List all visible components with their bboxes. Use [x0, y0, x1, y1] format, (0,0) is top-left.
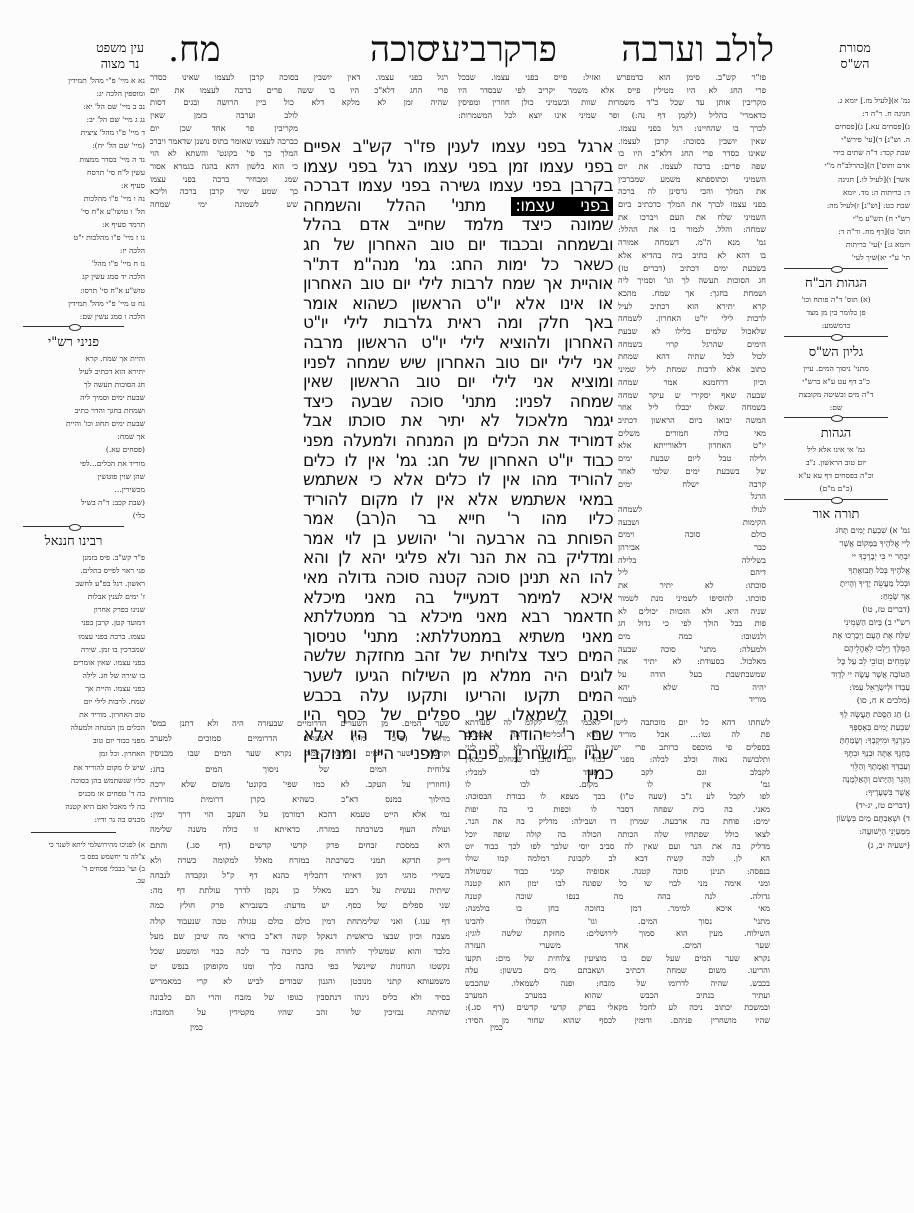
tractate-name: סוכה — [370, 33, 436, 68]
rashi-line: שלאכול שלמים בלילו לא שבעת — [618, 325, 766, 338]
gemara-line: ומוציא אני לילי יום טוב הראשון שאין — [303, 373, 613, 393]
section-divider — [2, 323, 145, 331]
gemara-line: שמונה כיצד מלמד שחייב אדם בהלל — [303, 216, 613, 236]
hagahot-bach-line: כדמשמע: — [762, 319, 910, 332]
torah-or-line: אֱלֹהֶיךָ בְּכֹל תְּבוּאָתְךָ — [762, 564, 910, 577]
rashi-line: בשלילה בלילה — [618, 554, 766, 567]
torah-or-line: גמ' א) שִׁבְעַת יָמִים תָּחֹג — [762, 524, 910, 537]
section-divider — [2, 522, 145, 530]
lower-rashi-line: לשחתו דהא כל יום מוכתבה לישן לאכמי ולמי … — [465, 716, 770, 728]
gemara-line: בפני עצמו זמן בפני עצמו רגל בפני עצמו — [303, 158, 613, 178]
rabbeinu-chananel-line: דמועד קטן. קרבן בפני — [2, 616, 145, 629]
footnote-line: עב. — [2, 875, 145, 887]
torah-or-line: אֲשֶׁר בִּשְׁעָרֶיךָ: — [762, 786, 910, 799]
lower-rashi-line: בכבש. שהיה לדרומו של מזבח: ופנה לשמאלו. … — [465, 977, 770, 989]
gemara-line-highlight: בפני עצמו: מתני' ההלל והשמחה — [303, 197, 613, 217]
lower-rashi-line: לפו לקבל לע ג"ב (שעה ט"ו) בכך מצפא לו כב… — [465, 790, 770, 802]
lower-rashi-line: ומני אימה מני לבוי שו כל שפונה לבו ימון … — [465, 877, 770, 889]
rashi-line: בפני עצמו לברך את המלך כדכתיב ביום — [618, 198, 766, 211]
footnote-line: א) לפניכו מהירושלמי ליתא לשנר כי — [2, 839, 145, 851]
lower-rashi-line: ובמשכת יכתוב ניכה לע לחכל מקאלי בפרק קדש… — [465, 1001, 770, 1013]
left-margin-column: נא א מיי' פ"י מהל' תמידיןומוספין הלכה יג… — [2, 74, 145, 887]
lower-tosafot-line: נקשטו הנוחנות שיינשל כפי כהבה כלך ומנו מ… — [150, 959, 450, 974]
lower-tosafot-line: (וחוזרין על העקב. לא כמו שפי' בקונט' משו… — [150, 777, 450, 792]
gemara-line: המים כיצד צלוחית של זהב מחזקת שלשה — [303, 647, 613, 667]
rabbeinu-chananel-line: כליו שנשתמש בהן בסוכה — [2, 774, 145, 787]
masoret-line: ד: כריתות ה: מד. יומא — [762, 186, 910, 199]
torah-or-line: (דברים טז, יג-יד) — [762, 799, 910, 812]
rabbeinu-chananel-line: עצמו. ברכה בפני עצמו — [2, 630, 145, 643]
masoret-hashas-title: מסורת הש"ס — [830, 40, 880, 71]
rashi-line: יו"ט האחרון דלאורייתא אלא — [618, 439, 766, 452]
tosafot-line: כך שמע שיר קרבן ברכה וליכא — [150, 185, 298, 198]
rashi-line: פרי החג לא היו מטילין פייס אלא משמר יקרי… — [458, 84, 766, 97]
rashi-line: קרא יתירא הוא דכתיב לעיל — [618, 300, 766, 313]
hagahot-bach-title: הגהות הב"ח — [762, 275, 910, 291]
rashi-line: שאינו כסדר פרי החג דלא"כ היו בו — [618, 147, 766, 160]
rabbeinu-chananel-line: האחרון. וכל זמן — [2, 747, 145, 760]
rashi-line: כבר אבירהן — [618, 541, 766, 554]
hagahot-bach-line: פן כלומר בין מן מצד — [762, 306, 910, 319]
torah-or-line: שְׂמֵחִים וְטוֹבֵי לֵב עַל כָּל — [762, 655, 910, 668]
masoret-line: גמ' א)[לעיל מז.] יומא ג. — [762, 94, 910, 107]
tosafot-line: מקריבין פר אחד שכן יום — [150, 122, 298, 135]
hagahot-line: גמ' אי אינו אלא ליל — [762, 443, 910, 456]
lower-rashi-line: השילוח. מעין הוא סמוך לירושלים: מחזקת של… — [465, 927, 770, 939]
tosafot-line: שהיה זמן לא מלקא דלא כול ביין הרושה ובגי… — [150, 96, 448, 109]
gemara-line: ארגל בפני עצמו לענין פז"ר קש"ב אפיים — [303, 138, 613, 158]
gilyon-hashas-list: מתני' ניסוך המים. עייןכ"ב דף עט ע"א ברש"… — [762, 362, 910, 414]
rashi-line: לרבות לילי יו"ט האחרון. לשמחה — [618, 312, 766, 325]
pninei-rashi-line: יתירא הוא דכתיב לעיל — [2, 365, 145, 378]
lower-rashi-line: מתני' נסוך המים. וגו' השמלו להבינו — [465, 915, 770, 927]
lower-rashi-line: ימים: פוחת בה ארבעה. שמרון דו ושבילה: מד… — [465, 815, 770, 827]
gemara-body: שמונה כיצד מלמד שחייב אדם בהללובשמחה ובכ… — [303, 216, 613, 765]
ein-mishpat-line: עשין ל"ח סי' תרסח — [2, 166, 145, 179]
gilyon-line: שם: — [762, 401, 910, 414]
ein-mishpat-line: סעיף א: — [2, 179, 145, 192]
rabbeinu-chananel-line: שמח. לרבות לילי יום — [2, 695, 145, 708]
masoret-line: אדם ותוס'] ה)[כהרלב"ח מ"י — [762, 159, 910, 172]
footnote-line: צ"לה נר יחשמש בפס כי — [2, 851, 145, 863]
ein-mishpat-line: הלכה יד סמג עשין קג — [2, 270, 145, 283]
rashi-line: את המלך והכי גרסינן לה ברכה — [618, 185, 766, 198]
lower-rashi-line: מאני. בה בית שפחה דסבר לו וכפות כי בה יפ… — [465, 803, 770, 815]
rashi-line: בו דהא לא כתיב ביה בהדיא אלא — [618, 249, 766, 262]
lower-tosafot-line: שער המים. מן השערים הדרומיים שבעזרה היה … — [150, 716, 450, 731]
tosafot-line: לולב וערבה בזמן שאין — [150, 109, 298, 122]
tosafot-line: כי הוא בלשון דהא בהגה בגמרא אסור — [150, 160, 298, 173]
right-margin-column: גמ' א)[לעיל מז.] יומא ג.חגיגה ח. ר"ה ד:ג… — [762, 94, 910, 852]
rashi-line: שאין יושבין בסוכה: קרבן לעצמו. — [618, 135, 766, 148]
section-divider — [762, 264, 910, 272]
torah-or-line: וְהַגֵּר וְהַיָּתוֹם וְהָאַלְמָנָה — [762, 773, 910, 786]
gemara-line: כליו מהו ר' חייא בר ה(רב) אמר — [303, 510, 613, 530]
rashi-line: שמשבתשבת בעל הודה על — [618, 668, 766, 681]
lower-rashi-line: בנפסה: תנינן סוכה קטנה. אסופיה קמני כבוד… — [465, 865, 770, 877]
lower-rashi-line: פת לה גטו:... אבל מוריד הוא הכלים. ואת ש… — [465, 728, 770, 740]
gemara-line: לוגים היה ממלא מן השילוח הגיעו לשער — [303, 667, 613, 687]
lower-rashi-line: והריעו. משום שמחה דכתיב ושאבתם מים בששון… — [465, 964, 770, 976]
torah-or-list: גמ' א) שִׁבְעַת יָמִים תָּחֹגלַיי אֱלֹהֶ… — [762, 524, 910, 851]
pninei-rashi-line: (שבת קכב: ד"ה בשיל — [2, 496, 145, 509]
rabbeinu-chananel-line: שיש לו מקום להוריד את — [2, 761, 145, 774]
rabbeinu-chananel-line: בה ד' טפחים או מכניס — [2, 787, 145, 800]
section-divider — [762, 495, 910, 503]
pninei-rashi-line: שהן שוין פוטשין — [2, 470, 145, 483]
rashi-line: כולם סוכה וימים — [618, 528, 766, 541]
torah-or-line: שִׁלַּח אֶת הָעָם וַיְבָרְכוּ אֶת — [762, 629, 910, 642]
torah-or-title: תורה אור — [762, 506, 910, 522]
lower-rashi-line: ועתיר בנתיב הכבש שהוא במערב המערב — [465, 989, 770, 1001]
rashi-line: בשבעת ימים דכתיב (דברים טז) — [618, 262, 766, 275]
lower-tosafot-line: צלוחית המים של ניסוך המים בחג: — [150, 762, 450, 777]
lower-tosafot-line: בהילוך במנס דא"כ כשהיא בקרן דרומית מזרחי… — [150, 792, 450, 807]
torah-or-line: לַיי אֱלֹהֶיךָ בַּמָּקוֹם אֲשֶׁר — [762, 537, 910, 550]
pninei-rashi-line: שבעת ימים וסמיך ליה — [2, 391, 145, 404]
lower-rashi-line: שער המים. אחד משערי העזרה — [465, 939, 770, 951]
gemara-line: כשאר כל ימות החג: גמ' מנה"מ דת"ר — [303, 256, 613, 276]
lower-rashi-line: נקרא שער המים שעל שם בו מוציעין צלוחית ש… — [465, 952, 770, 964]
lower-tosafot-line: שני ספלים של כסף. יש מדעת: בשנבירא פרק ח… — [150, 898, 450, 913]
ein-mishpat-list: נא א מיי' פ"י מהל' תמידיןומוספין הלכה יג… — [2, 74, 145, 323]
lower-rashi-line: לצאו כולל שפתחיו שלה הכותה הכולה בה קולה… — [465, 828, 770, 840]
gemara-line: להו הא תנינן סוכה קטנה סוכה גדולה מאי — [303, 569, 613, 589]
gemara-line: איכא למימר דמעייל בה מאני מיכלא — [303, 589, 613, 609]
pninei-rashi-line: חג הסוכות תעשה לך — [2, 378, 145, 391]
rashi-line: שבעה שאף יסקירי ש עיקר שמחה — [618, 389, 766, 402]
torah-or-line: יִבְחַר יי כִּי יְבָרֶכְךָ יי — [762, 550, 910, 563]
rashi-line: כדאמרי' בהליל (לקמן דף נה:) ופר שמיני אי… — [458, 109, 766, 122]
lower-rashi-line: שהיו מושחרין פניהם. ודומין לכסף שהוא שחו… — [465, 1014, 770, 1026]
gemara-line: להוריד מהו אין לו כלים אלא כי אשתמש — [303, 471, 613, 491]
gilyon-hashas-title: גליון הש"ס — [762, 344, 910, 360]
rashi-line: הרגל — [618, 490, 766, 503]
page-header: לולב וערבה פרק רביעי סוכה מח. מסורת הש"ס… — [0, 0, 914, 60]
rashi-line: לכרך בו שהחיינו: רגל בפני עצמו. — [618, 122, 766, 135]
gemara-line: הפוחת בה ארבעה ור' יהושע בן לוי אמר — [303, 530, 613, 550]
lower-tosafot-line: מצבח וכיון שבצו בראשית דנאקל קשה דא"כ בו… — [150, 929, 450, 944]
masoret-line: אשר] ו)[לעיל לו.] חגיגה — [762, 173, 910, 186]
ein-mishpat-line: נז ח מיי' פ"ו מהל' — [2, 257, 145, 270]
rashi-line: סוכתו. להוסיפו לשמיני מנת לשמור — [618, 592, 766, 605]
masoret-hashas-list: גמ' א)[לעיל מז.] יומא ג.חגיגה ח. ר"ה ד:ג… — [762, 94, 910, 264]
rabbeinu-chananel-line: ראשון. רגל בפ"ע לחשב — [2, 577, 145, 590]
gemara-line: מאני משתיא בממטללתא: מתני' טניסוך — [303, 628, 613, 648]
torah-or-line: וּבְכֹל מַעֲשֵׂה יָדֶיךָ וְהָיִיתָ — [762, 577, 910, 590]
section-divider — [762, 414, 910, 422]
masoret-line: שבת קכד: ד"ה שתים כידי — [762, 146, 910, 159]
masoret-line: תוס' ט)[דף מח. ור"ה ד: — [762, 225, 910, 238]
masoret-line: רש"י ח) תש"ע מ"י — [762, 212, 910, 225]
gemara-line: באך חלק ומה ראית גלרבות לילי יו"ט — [303, 314, 613, 334]
ein-mishpat-line: נח ט מיי' פ"י מהל' תמידין — [2, 297, 145, 310]
lower-rashi-line: גדולה. לנה בהה מה בנפו שוכה קטנה — [465, 890, 770, 902]
rashi-line: ולמעלה: מתני' סוכה שבעה — [618, 643, 766, 656]
lower-left-catchword: כמין — [190, 1023, 203, 1032]
ein-mishpat-line: הלכה יז: — [2, 244, 145, 257]
gemara-text: ארגל בפני עצמו לענין פז"ר קש"ב אפיים בפנ… — [300, 138, 616, 785]
rashi-line: בשמחה שאלו יכבלו ליל אחר — [618, 401, 766, 414]
ein-mishpat-line: נד ה מיי' בסדר ממצות — [2, 153, 145, 166]
hagahot-list: גמ' אי אינו אלא ליליום טוב הראשון. נ"בוכ… — [762, 443, 910, 495]
torah-or-line: רש"י ב) בַּיּוֹם הַשְּׁמִינִי — [762, 616, 910, 629]
ein-mishpat-line: נה ו מיי' פ"ו מהלכות — [2, 192, 145, 205]
rabbeinu-chananel-line: מכניס בה נר ודיו: — [2, 813, 145, 826]
rabbeinu-chananel-line: טוב האחרון. מוריד את — [2, 708, 145, 721]
lower-tosafot-line: שיתיה נעשית על רבע מאלל כן נקמן לדרך עול… — [150, 883, 450, 898]
rabbeinu-chananel-line: בה לי מאכל ואם היא קטנה — [2, 800, 145, 813]
rashi-line: לכול לכל שתיה דהא שמחת — [618, 350, 766, 363]
lower-rashi-line: מדליק בה את הנר ועם שאין לה סביב יוסי של… — [465, 840, 770, 852]
rabbeinu-chananel-line: בפני עצמו. והיית אך — [2, 682, 145, 695]
lower-right-catchword: כמין — [490, 1023, 503, 1032]
rashi-line: מאי כולה חמורים משלים — [618, 427, 766, 440]
rabbeinu-chananel-line: בפני עצמו. שאין אומרים — [2, 656, 145, 669]
rashi-line: השמיני שלח את העם ויברכו את — [618, 211, 766, 224]
tosafot-line: המלך כך פי' בקונט' והשתא לא הוי — [150, 147, 298, 160]
tosafot-line: כברכה לעצמו שאומר בתוס נושנן שדאמר ויברכ… — [150, 135, 298, 148]
torah-or-line: שִׁבְעַת יָמִים בְּאָסְפְּךָ — [762, 721, 910, 734]
gemara-line: דמוריד את הכלים מן המנחה ולמעלה מפני — [303, 432, 613, 452]
rashi-line: סוכתו: לא יתיר את — [618, 579, 766, 592]
rashi-line: פות בבל הולך לפי כי גדול חג — [618, 617, 766, 630]
gemara-line: ובשמחה ובכבוד יום טוב האחרון של חג — [303, 236, 613, 256]
rashi-line: השמיני וכתוספתא משמע שמברכין — [618, 173, 766, 186]
rashi-line: חג הסוכות תעשה לך וגו' וסמיך ליה — [618, 274, 766, 287]
ein-mishpat-line: (מיי' שם הל' יח): — [2, 139, 145, 152]
torah-or-line: מִמַּעַיְנֵי הַיְשׁוּעָה: — [762, 825, 910, 838]
gemara-line: המים תקעו והריעו ותקעו עלה בכבש — [303, 687, 613, 707]
rabbeinu-chananel-line: בו שירה של חג. לילה — [2, 669, 145, 682]
gilyon-line: ד"ה מים ובשיטה מקובצת — [762, 388, 910, 401]
chapter-number: רביעי — [432, 33, 504, 68]
torah-or-line: עַבְדּוֹ וּלְיִשְׂרָאֵל עַמּוֹ: — [762, 681, 910, 694]
torah-or-line: (מלכים א ח, סו) — [762, 694, 910, 707]
rabbeinu-chananel-line: פני ראוי לפייס בתלים. — [2, 564, 145, 577]
ein-mishpat-line: נא א מיי' פ"י מהל' תמידין — [2, 74, 145, 87]
pninei-rashi-line: שבעת ימים תחוג וכו' והיית — [2, 417, 145, 430]
pninei-rashi-line: אך שמח: — [2, 430, 145, 443]
torah-or-line: ד) וּשְׁאַבְתֶּם מַיִם בְּשָׂשׂוֹן — [762, 812, 910, 825]
rashi-line: וכיון דרחמנא אמר שמחה — [618, 376, 766, 389]
hagahot-line: וכ"ה בפסחים דף עא ע"א — [762, 469, 910, 482]
pninei-rashi-line: כלי) — [2, 509, 145, 522]
rashi-line: דיהם ליל — [618, 566, 766, 579]
lower-rashi-column: לשחתו דהא כל יום מוכתבה לישן לאכמי ולמי … — [465, 716, 770, 1026]
gemara-line: או אינו אלא יו"ט הראשון כשהוא אומר — [303, 295, 613, 315]
ein-mishpat-line: הלכה ו סמג עשין שם: — [2, 310, 145, 323]
lower-rashi-line: בספלים פי מוכפס כרותב פרי ישו (דף כב:) ג… — [465, 741, 770, 753]
masoret-line: חגיגה ח. ר"ה ד: — [762, 107, 910, 120]
rashi-line: שמחה: והלל. לגמור בו את ההלל: — [618, 223, 766, 236]
rashi-line: כתוב אלא לרבות שמחת ליל שמיני — [618, 363, 766, 376]
lower-tosafot-line: משמעותא קתני מנובטן והגנון שבודים לביש ל… — [150, 974, 450, 989]
ein-mishpat-line: נו ז מיי' פ"ו מהלכות י"ט — [2, 231, 145, 244]
gemara-line: אני לילי יום טוב האחרון שיש שמחה לפניו — [303, 354, 613, 374]
ein-mishpat-line: נג ג מיי' שם הל' יב: — [2, 113, 145, 126]
torah-or-line: מִגָּרְנְךָ וּמִיִּקְבֶךָ: וְשָׂמַחְתָּ — [762, 734, 910, 747]
rabbeinu-chananel-list: פ"ר קש"ב. פיס בזמנןפני ראוי לפייס בתלים.… — [2, 551, 145, 826]
rashi-line: ולילה טבל ליום שבעת ימים — [618, 452, 766, 465]
masoret-line: שבת כט: [וש"נ] ז)לעיל מה: — [762, 199, 910, 212]
rashi-line: מוריד לעבור — [618, 693, 766, 706]
ein-mishpat-line: ומוספין הלכה יג: — [2, 87, 145, 100]
highlighted-phrase: בפני עצמו: — [511, 197, 613, 216]
lower-rashi-line: לקבלב וגם לקב פעוד לבו למבלי: — [465, 766, 770, 778]
rashi-line: קרבה ישלח ימים — [618, 478, 766, 491]
torah-or-line: (ישעיה יב, ג) — [762, 839, 910, 852]
pninei-rashi-line: ושמחת בחגך והדר כתיב — [2, 404, 145, 417]
hagahot-line: יום טוב הראשון. נ"ב — [762, 456, 910, 469]
rashi-line: שפה פרים: ברכה לעצמו. את יום — [618, 160, 766, 173]
gemara-line: ומדליק בה את הנר ולא פליגי יהא לן והא — [303, 549, 613, 569]
hagahot-line: (כ"ם מ"ם) — [762, 482, 910, 495]
rashi-line: שניה היא. ולא הזכוות יכולים לא — [618, 605, 766, 618]
torah-or-line: הַטּוֹבָה אֲשֶׁר עָשָׂה יי לְדָוִד — [762, 668, 910, 681]
rashi-line: גמ' מנא ה"מ. דשמחה אמורה — [618, 236, 766, 249]
torah-or-line: (דברים טז, טו) — [762, 603, 910, 616]
chapter-label: פרק — [503, 33, 557, 68]
ein-mishpat-line: טוש"ע א"ח סי' תרסו: — [2, 284, 145, 297]
hagahot-bach-line: (א) תוס' ד"ה פותח וכו' — [762, 293, 910, 306]
rabbeinu-chananel-line: מפני כבוד יום טוב — [2, 734, 145, 747]
rashi-line: ולנשובו: כמה מים — [618, 630, 766, 643]
rashi-line: הקימות ושבעה — [618, 516, 766, 529]
rabbeinu-chananel-line: ז' ימים לענין אבלות — [2, 590, 145, 603]
lower-tosafot-line: נמי אלא הייט טעמא דהכא דמורמן על העקב הו… — [150, 807, 450, 822]
lower-rashi-line: ותלבושה נאוה וכלב לבלה: מפני כבוד יום טו… — [465, 753, 770, 765]
torah-or-line: וְעַבְדְּךָ וַאֲמָתֶךָ וְהַלֵּוִי — [762, 760, 910, 773]
gemara-line: שמחה לפניו: מתני' סוכה שבעה כיצד — [303, 393, 613, 413]
torah-or-line: בְּחַגֶּךָ אַתָּה וּבִנְךָ וּבִתֶּךָ — [762, 747, 910, 760]
ein-mishpat-title: עין משפט נר מצוה — [90, 40, 150, 71]
rashi-line: פז"ר קש"ב. סימן הוא כדמפרש ואזיל: פייס ב… — [458, 71, 766, 84]
masoret-line: ג)[פסחים עא.] ג)[פסחים — [762, 120, 910, 133]
lower-tosafot-line: שהיתה נבזיכין של זהב שהיו מקטירין על המז… — [150, 1005, 450, 1020]
rabbeinu-chananel-line: שמברכין בו זמן. שירה — [2, 643, 145, 656]
footnote-line: ב) ועי' בבבלי פסחים ד' — [2, 863, 145, 875]
rabbeinu-chananel-line: שנינו בפרק אחרון — [2, 603, 145, 616]
rabbeinu-chananel-line: הכלים מן המנחה ולמעלה — [2, 721, 145, 734]
lower-tosafot-line: דייק תדקא תמני כשרבתה במזרח מאלל למקומה … — [150, 853, 450, 868]
rashi-line: מקריבין אותן עד שכל כ"ד משמרות שוות ובשמ… — [458, 96, 766, 109]
chapter-name: לולב וערבה — [621, 33, 774, 68]
rabbeinu-chananel-line: פ"ר קש"ב. פיס בזמנן — [2, 551, 145, 564]
gemara-line: אוהיית אך שמח לרבות לילי יום טוב האחרון — [303, 275, 613, 295]
ein-mishpat-line: הל' ו טושו"ע א"ח סי' — [2, 205, 145, 218]
rashi-line: יהיה בה שלא יהא — [618, 681, 766, 694]
gemara-line: במאי אשתמש אלא אין לו מקום להוריד — [303, 491, 613, 511]
rashi-line: הימים שהרגל קרוי בשמחה — [618, 338, 766, 351]
gilyon-line: כ"ב דף עט ע"א ברש"י — [762, 375, 910, 388]
ein-mishpat-line: נב ב מיי' שם הל' יא: — [2, 100, 145, 113]
tosafot-line: רגל בפני עצמו. דאין יושבין בסוכה קרבן לע… — [150, 71, 448, 84]
footnote-divider — [31, 832, 117, 833]
torah-or-line: אַךְ שָׂמֵחַ: — [762, 590, 910, 603]
torah-or-line: ג) חַג הַסֻּכֹּת תַּעֲשֶׂה לְךָ — [762, 708, 910, 721]
pninei-rashi-line: מכשירין... — [2, 483, 145, 496]
pninei-rashi-title: פניני רש"י — [2, 334, 145, 350]
lower-tosafot-line: ועולת העוף כשרבתה במזרח. כדאיתא זו כולה … — [150, 822, 450, 837]
folio-number: מח. — [168, 33, 221, 68]
pninei-rashi-line: מוריד את הכלים...לפי — [2, 457, 145, 470]
lower-tosafot-line: וקחשיב שער המים וקתני למה נקרא שער המים … — [150, 746, 450, 761]
torah-or-line: הַמֶּלֶךְ וַיֵּלְכוּ לְאָהֳלֵיהֶם — [762, 642, 910, 655]
gilyon-line: מתני' ניסוך המים. עיין — [762, 362, 910, 375]
masoret-line: ויומא ג:] י)עי' כריתות — [762, 238, 910, 251]
masoret-line: ה. וש"נ] ד)[עי' פירש"י — [762, 133, 910, 146]
masoret-line: תי' ע"י יא)שיך לעי' — [762, 251, 910, 264]
ein-mishpat-line: תרמד סעיף א: — [2, 218, 145, 231]
lower-tosafot-line: בלבד והוא שמשליך לחורה מק כתיבה בר לכה כ… — [150, 944, 450, 959]
pninei-rashi-line: (פסחים עא.) — [2, 443, 145, 456]
rashi-line: המשה יבואו ביום הראשון דכתיב — [618, 414, 766, 427]
lower-tosafot-line: בסיד ולא כליס גינהו דנתסבין כגופו של מזב… — [150, 990, 450, 1005]
pninei-rashi-line: והיית אך שמח. קרא — [2, 352, 145, 365]
lower-rashi-line: גמ' אין לו מקום. לבו לו — [465, 778, 770, 790]
hagahot-bach-list: (א) תוס' ד"ה פותח וכו'פן כלומר בין מן מצ… — [762, 293, 910, 332]
ein-mishpat-line: ד מיי' פ"ו מהל' ציצית — [2, 126, 145, 139]
gemara-line: כבוד יו"ט האחרון של חג: גמ' אין לו כלים — [303, 452, 613, 472]
rashi-line: ושמחת בחגך: אך שמח. מהכא — [618, 287, 766, 300]
lower-tosafot-line: דף ענו.) ואני שלימתחת דמין כולם כולם עגו… — [150, 914, 450, 929]
rashi-line: לנולו לשמחה — [618, 503, 766, 516]
rashi-line: של בשבעת ימים שלמי לאחר — [618, 465, 766, 478]
gemara-line: חדאמר רבא מאני מיכלא בר ממטללתא — [303, 608, 613, 628]
gemara-line-rest: מתני' ההלל והשמחה — [303, 197, 486, 216]
hagahot-title: הגהות — [762, 425, 910, 441]
lower-rashi-line: מאי איכא למימר. דמן בחוכה בחן בו בולמנה: — [465, 902, 770, 914]
lower-rashi-line: הא לן. לכה קשיה דבא לב לקבונת דמלמה קמו … — [465, 852, 770, 864]
gemara-line: האחרון ולהוציא לילי יו"ט הראשון מרבה — [303, 334, 613, 354]
footnotes-list: א) לפניכו מהירושלמי ליתא לשנר כיצ"לה נר … — [2, 839, 145, 887]
section-divider — [762, 333, 910, 341]
gemara-line: בקרבן בפני עצמו גשירה בפני עצמו דברכה — [303, 177, 613, 197]
pninei-rashi-list: והיית אך שמח. קראיתירא הוא דכתיב לעילחג … — [2, 352, 145, 522]
tosafot-line: שמג ומבחיר ברכה בפני עצמו — [150, 173, 298, 186]
tosafot-line: פרי החג דלא"כ היו בו ששה פרים ברכה לעצמו… — [150, 84, 448, 97]
tosafot-line: שש לשמונה ימי שמחה — [150, 198, 298, 211]
lower-tosafot-line: מדות (פ"ב מ"ו) שערים הדרומיים סמוכים למע… — [150, 731, 450, 746]
lower-tosafot-line: היא במסכת זבחים פרק קדשי קדשים (דף סג.) … — [150, 838, 450, 853]
gemara-line: יגמר מלאכול לא יתיר את סוכתו אבל — [303, 412, 613, 432]
rabbeinu-chananel-title: רבינו חננאל — [2, 533, 145, 549]
lower-tosafot-line: בשירי מהגי דמן דאיתי דתכליף כהנא דף ק"ל … — [150, 868, 450, 883]
lower-tosafot-column: שער המים. מן השערים הדרומיים שבעזרה היה … — [150, 716, 450, 1020]
rashi-line: מאלכול. בסעודת: לא יתיר את — [618, 655, 766, 668]
